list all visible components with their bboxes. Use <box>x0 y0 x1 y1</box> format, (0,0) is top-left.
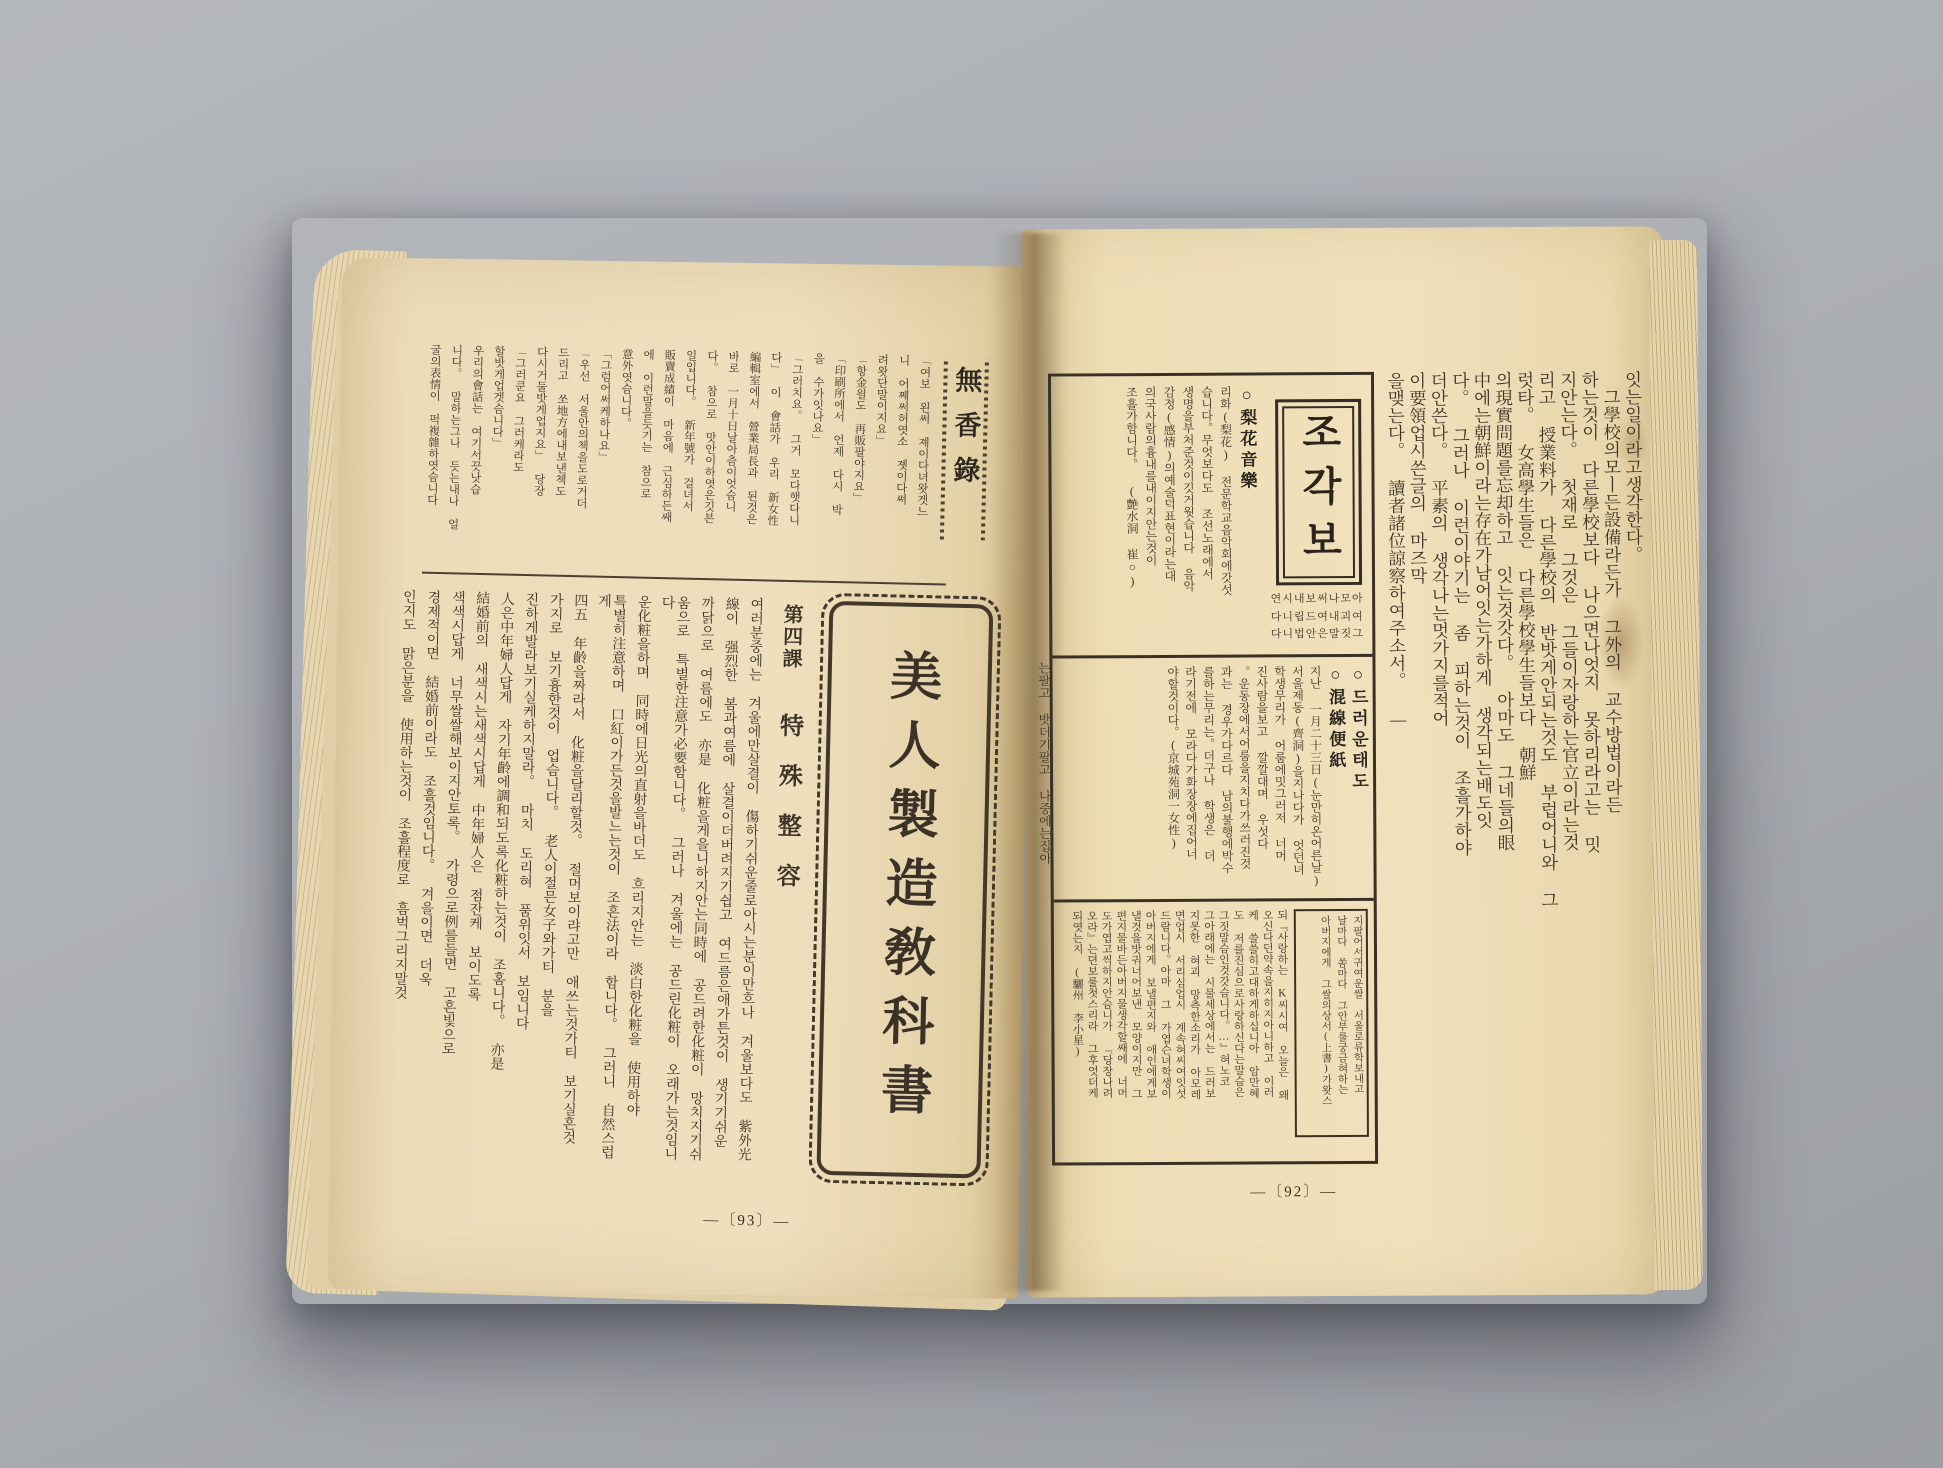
text-column: 「印刷所에서 언제 다시 박 <box>829 353 846 567</box>
text-column: 날마다 쏨마다 그안부룰궁금혀하는 <box>1335 915 1348 1131</box>
lesson-section: 美人製造敎科書 第四課 特殊整容 여러분중에는 겨울에만살결이 傷하기쉬운줄로아… <box>388 587 1001 1184</box>
text-column: 라기전에 모라다가화장장에집어너 <box>1183 666 1198 891</box>
text-column: 을맺는다。 讀者諸位諒察하여주소서。 ― <box>1388 372 1411 1134</box>
text-column: 운化粧을하며 同時에日光의直射을바더도 흐리지안는 淡白한化粧을 使用하야 <box>623 594 651 1172</box>
text-column: 지안는다。 첫재로 그것은 그들이자랑하는官立이라는것 <box>1561 371 1584 1133</box>
jogakbo-masthead-notes: 연시내보써나모아 다니립드여내괴여 다니법안은말짓그 <box>1264 591 1370 644</box>
text-column: 하는것이 다른學校보다 나으면나엇지 못하리라고는 밋 <box>1582 371 1605 1133</box>
text-column: 가지로 보기흉한것이 업슴니다。 老人이절믄女子와가티 분을 <box>535 592 563 1170</box>
text-column: 다시거둘밧게업지요」 당장 <box>531 346 548 560</box>
text-column: 과는 경우가다르다 남의불행에박수 <box>1218 666 1233 891</box>
right-fore-edge <box>1649 240 1702 1290</box>
text-column: 할밧게업겟슴니다」 <box>488 345 505 559</box>
text-column: 편지물바든아버지물생각할쌔에 너머 <box>1114 910 1128 1148</box>
text-column: 움으로 특별한注意가必要함니다。 그러나 겨울에는 공드린化粧이 오래가는것임니… <box>648 595 690 1174</box>
text-column: 여러분중에는 겨울에만살결이 傷하기쉬운줄로아시는분이만흐나 겨울보다도 紫外光 <box>736 597 764 1175</box>
jogakbo-news-box: 조각보 연시내보써나모아 다니립드여내괴여 다니법안은말짓그 ○梨花音樂 <box>1048 372 1378 1166</box>
text-column: 「그러쿤요 그러케라도 <box>509 346 526 560</box>
text-column: 中에는朝鮮이라는存在가남어잇는가하게 생각되는배도잇 <box>1474 371 1497 1133</box>
text-column: 드리고 쏘地方에내보낸첵도 <box>552 347 569 561</box>
text-column: 다」 이 會話가 우리 新女性 <box>765 351 782 565</box>
text-column: 그짓말슴인것갓슴니다。…』혀노코 <box>1217 910 1231 1148</box>
text-column: 조흘가함니다。 (艶水洞 崔○) <box>1124 386 1139 648</box>
text-column: 경제적이면 結婚前이라도 조흘것임니다。 겨을이면 더욱 <box>413 590 441 1168</box>
muhyangnok-title-box: 無香錄 <box>940 355 989 542</box>
text-column: 니다。 말하는그나 듯는내나 얼 <box>445 344 462 558</box>
jogakbo-masthead-inner-frame: 조각보 <box>1282 406 1355 578</box>
text-column: 생명을부처준것이깃거웟습니다 음악 <box>1180 386 1195 648</box>
text-column: 바로 一月十日날아츰이엇슴니 <box>722 350 739 564</box>
text-column: 지못한 혀괴 망측한소리가 아모레 <box>1187 910 1201 1148</box>
editorial-columns: 잇는일이라고생각한다。 그學校의모ㅣ든設備라든가 그外의 교수방법이라든 하는것… <box>1388 370 1648 1133</box>
text-column: 되『사랑하는 K씨시여 오늘은 왜 <box>1275 909 1289 1147</box>
text-column: 케 쓸쓸히고대하게하십니아 암만혜 <box>1246 909 1260 1147</box>
text-column: 「우선 서울안의첵을도로거더 <box>573 347 590 561</box>
text-column: 人은中年婦人답게 자기年齡에調和되도록化粧하는것이 조홈니다。 亦是 <box>486 591 514 1169</box>
text-column: 까닭으로 여름에도 亦是 化粧을게을니하지안는同時에 공드려한化粧이 망치지기쉬 <box>687 596 715 1174</box>
text-column: 「여보 왼써 졔이다녀왓겟느 <box>914 355 931 569</box>
text-column: 販賣成績이 마음에 근심하든쌔 <box>658 349 675 563</box>
text-column: 지팔어서귀여운쌀 서울로류학보내고 <box>1351 915 1364 1131</box>
section-rude-attitude-heading: ○드러운태도 <box>1348 665 1367 793</box>
text-column: 의現實問題를忘却하고 잇는것갓다。 아마도 그네들의眼 <box>1496 371 1519 1133</box>
text-column: 아버지에게 보낼편지와 애인에게보 <box>1143 910 1157 1148</box>
text-column: 진사람을보고 깔깔대며 우섯다 <box>1254 665 1269 890</box>
text-column: 아버지에게 그쌀의상서(上書)가왓스 <box>1319 915 1332 1131</box>
page-number-93: —〔93〕— <box>703 1208 790 1231</box>
jogakbo-masthead: 조각보 <box>1298 411 1339 573</box>
masthead-note-row: 다니립드여내괴여 <box>1264 608 1370 626</box>
text-column: 이要領업시쓴글의 마즈막 <box>1410 372 1433 1134</box>
text-column: 도가엽고씩하지안슴니가 『당장나려 <box>1099 910 1113 1148</box>
text-column: 를하는무리는。더구나 학생은 더 <box>1201 666 1216 891</box>
muhyangnok-section: 無香錄 「여보 왼써 졔이다녀왓겟느 니 어쩨써허엿소 졧이다쎠 려왓단말이지요… <box>424 344 989 571</box>
text-column: 오신다던약속을지히지아니하고 이러 <box>1260 909 1274 1147</box>
text-column: 우리의會話는 여기서끗낫습 <box>467 345 484 559</box>
right-page-content: 잇는일이라고생각한다。 그學校의모ㅣ든設備라든가 그外의 교수방법이라든 하는것… <box>1039 266 1656 1259</box>
jogakbo-top-band: 조각보 연시내보써나모아 다니립드여내괴여 다니법안은말짓그 ○梨花音樂 <box>1051 375 1372 659</box>
section-crossed-letters-heading: ○混線便紙 <box>1325 665 1344 772</box>
muhyangnok-title: 無香錄 <box>950 366 980 502</box>
section-rude-attitude: ○드러운태도 ○混線便紙 지난 一月二十三日(눈만히온어른날) 서울제동(齊洞)… <box>1052 657 1373 903</box>
beauty-textbook-title: 美人製造敎科書 <box>873 648 936 1132</box>
text-column: 結婚前의 새색시는새색시답게 中年婦人은 점잔케 보이도록 <box>462 591 490 1169</box>
text-column: 리화(梨花) 전문학교음악회에갓섯 <box>1218 386 1233 648</box>
text-column: 의국사람의흉내를내이지안는것이 <box>1142 386 1157 648</box>
text-column: 습니다。무엇보다도 조선노래에서 <box>1199 386 1214 648</box>
text-column: 드람니다。아마 그 가엽슨녀학생이 <box>1158 910 1172 1148</box>
text-column: 잇는일이라고생각한다。 <box>1625 370 1648 1132</box>
page-number-92: —〔92〕— <box>1250 1180 1337 1201</box>
text-column: 意外엿슴니다。 <box>616 348 633 562</box>
text-column: 학생무리가 어룸에밋그러저 너머 <box>1272 665 1287 890</box>
book-photo: 無香錄 「여보 왼써 졔이다녀왓겟느 니 어쩨써허엿소 졧이다쎠 려왓단말이지요… <box>0 0 1943 1468</box>
text-column: 일입니다。 新年號가 걸녀서 <box>680 350 697 564</box>
text-column: 되엿는지 (驪州 李小星) <box>1070 910 1084 1148</box>
section-ihwa-music: ○梨花音樂 리화(梨花) 전문학교음악회에갓섯 습니다。무엇보다도 조선노래에서… <box>1057 385 1256 648</box>
crossed-letters-intro-box: 지팔어서귀여운쌀 서울로류학보내고 날마다 쏨마다 그안부룰궁금혀하는 아버지에… <box>1294 909 1369 1137</box>
text-column: 그아래에는 시물세상에서는 드러보 <box>1202 910 1216 1148</box>
text-column: 더안쓴다。 平素의 생각나는멋가지를적어 <box>1431 371 1454 1133</box>
lesson-body-columns: 여러분중에는 겨울에만살결이 傷하기쉬운줄로아시는분이만흐나 겨울보다도 紫外光… <box>388 589 763 1175</box>
text-column: 도 저를진심으로사랑하신다는말슴은 <box>1231 910 1245 1148</box>
lesson-number: 第四課 <box>779 604 802 670</box>
masthead-note-row: 연시내보써나모아 <box>1264 591 1370 609</box>
lesson-heading: 第四課 特殊整容 <box>762 604 810 1171</box>
left-page-content: 無香錄 「여보 왼써 졔이다녀왓겟느 니 어쩨써허엿소 졧이다쎠 려왓단말이지요… <box>385 323 1018 1267</box>
text-column: 진하게발라보기실케하지말라。 마치 도리혀 품위잇서 보임니다 <box>511 592 539 1170</box>
text-column: 오라』는뎐보룰첫스리라 그후엇더케 <box>1085 910 1099 1148</box>
text-column: 다。 참으로 맛안이하엿은깃븐 <box>701 350 718 564</box>
jogakbo-masthead-box: 조각보 <box>1275 399 1362 585</box>
text-column: 「그러치요。 그거 모다햇다니 <box>786 352 803 566</box>
section-crossed-letters: 지팔어서귀여운쌀 서울로류학보내고 날마다 쏨마다 그안부룰궁금혀하는 아버지에… <box>1054 901 1375 1157</box>
text-column: 四五 年齡을짜라서 化粧을달리할것。 절머보이랴고만 애쓰는것가티 보기실흔것 <box>560 593 588 1171</box>
text-column: 굴의表情이 퍽複雜하엿슴니다 <box>424 344 441 558</box>
text-column: 니 어쩨써허엿소 졧이다쎠 <box>893 354 910 568</box>
text-column: 編輯室에서 營業局長과 된것은 <box>744 351 761 565</box>
text-column: 線이 强烈한 봄과여름에 살결이더버려지기쉽고 여드름은애가튼것이 생기기쉬운 <box>711 596 739 1174</box>
text-column: 다。 그러나 이런이야기는 좀 피하는것이 조흘가하야 <box>1453 371 1476 1133</box>
text-column: 그學校의모ㅣ든設備라든가 그外의 교수방법이라든 <box>1604 371 1627 1133</box>
text-column: 낼것을밧궈너어보낸 모양이지만 그 <box>1129 910 1143 1148</box>
text-column: 「그럼어써케하나요」 <box>595 348 612 562</box>
text-column: 리고 授業料가 다른學校의 반밧게안되는것도 부럽어니와 그 <box>1539 371 1562 1133</box>
section-ihwa-music-heading: ○梨花音樂 <box>1236 385 1255 492</box>
text-column: 특별히注意하며 口紅이가든것을발느는것이 조흔法이라 함니다。 그러니 自然스럽… <box>584 594 626 1173</box>
text-column: 면업시 서리심업시 계속혀씨여잇섯 <box>1173 910 1187 1148</box>
text-column: 。운동장에서어룸을지치다가쓰러진것 <box>1236 666 1251 891</box>
text-column: 럿타。 女高學生들은 다른學校學生들보다 朝鮮 <box>1517 371 1540 1133</box>
text-column: 지난 一月二十三日(눈만히온어른날) <box>1307 665 1322 890</box>
masthead-note-row: 다니법안은말짓그 <box>1264 626 1370 644</box>
lesson-title: 特殊整容 <box>771 713 802 914</box>
text-column: 감정(感情)의예술덕표현이라는대 <box>1161 386 1176 648</box>
text-column: 서울제동(齊洞)을지나다가 엇던녀 <box>1290 665 1305 890</box>
text-column: 을 수가잇나요」 <box>807 352 824 566</box>
text-column: 에 이런말을듯기는 참으로 <box>637 349 654 563</box>
text-column: 색색시답게 너무쌀쌀해보이지안토록。 가령으로例를들면 고흔빛으로 <box>437 590 465 1168</box>
text-column: 려왓단말이지요」 <box>871 354 888 568</box>
section-divider <box>422 572 946 586</box>
beauty-textbook-title-box: 美人製造敎科書 <box>816 601 993 1179</box>
text-column: 「항金읠도 再販팔야지요」 <box>850 353 867 567</box>
text-column: 야할것이다。(京城苑洞一女性) <box>1165 666 1180 891</box>
